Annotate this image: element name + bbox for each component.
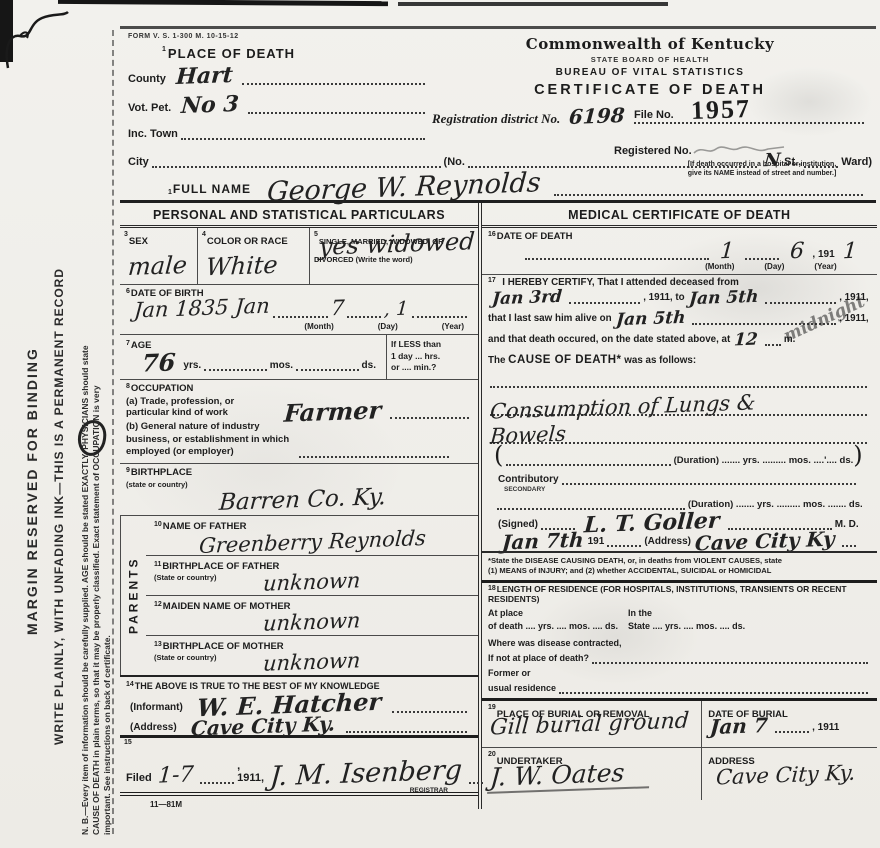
father-birthplace-value: unknown	[263, 571, 362, 593]
dotted-leader	[392, 698, 467, 713]
residence-duration-line: At place of death .... yrs. .... mos. ..…	[488, 607, 871, 634]
sex-label: 3SEX	[124, 236, 148, 247]
full-name-label: FULL NAME	[173, 182, 251, 196]
less-line1: If LESS than	[391, 339, 474, 350]
residence-label-text: LENGTH OF RESIDENCE	[497, 584, 598, 594]
in-state-line1: In the	[628, 607, 745, 621]
dod-year-value: 1	[842, 242, 857, 262]
father-name-label-text: NAME OF FATHER	[163, 521, 247, 532]
dotted-leader	[765, 331, 781, 346]
last-saw-line: that I last saw him alive on Jan 5th , 1…	[488, 310, 869, 325]
certify-block: 17 I HEREBY CERTIFY, That I attended dec…	[482, 275, 877, 346]
less-line2: 1 day ... hrs.	[391, 351, 474, 362]
field-number: 16	[488, 231, 497, 238]
dod-day-value: 6	[790, 242, 805, 262]
dotted-leader	[554, 181, 863, 196]
dob-day-value: 7	[330, 299, 345, 318]
city-ward-label: Ward)	[841, 156, 872, 168]
dotted-leader	[200, 769, 234, 784]
mother-birthplace-sublabel: (State or country)	[154, 653, 217, 662]
margin-nb-note-line2: CAUSE OF DEATH in plain terms, so that i…	[91, 55, 101, 835]
birthplace-row: 9BIRTHPLACE(state or country) Barren Co.…	[120, 464, 478, 515]
dotted-leader	[152, 153, 441, 168]
birthplace-value-line: Barren Co. Ky.	[120, 490, 478, 515]
votpet-value: No 3	[181, 95, 240, 117]
dob-year-value: , 1	[384, 301, 409, 319]
year-label: (Year)	[442, 322, 464, 331]
last-saw-date-value: Jan 5th	[615, 311, 685, 329]
undertaker-value: J. W. Oates	[487, 761, 651, 793]
state-board-subtitle: STATE BOARD OF HEALTH	[428, 55, 872, 64]
votpet-label: Vot. Pet.	[128, 102, 171, 114]
field-number: 10	[154, 521, 163, 528]
cause-strong: CAUSE OF DEATH*	[508, 354, 621, 366]
dotted-leader	[745, 245, 779, 260]
certify-intro-text: I HEREBY CERTIFY, That I attended deceas…	[502, 277, 739, 288]
scan-artifact-top-edge	[58, 0, 388, 6]
dotted-leader	[204, 356, 267, 371]
margin-nb-note-line1: N. B.—Every item of information should b…	[80, 55, 90, 835]
scan-artifact-top-edge-2	[398, 2, 668, 6]
city-label: City	[128, 156, 149, 168]
father-name-value: Greenberry Reynolds	[198, 529, 426, 556]
margin-write-plainly-text: WRITE PLAINLY, WITH UNFADING INK—THIS IS…	[52, 85, 66, 745]
file-number-stamp: 1957	[690, 94, 751, 126]
undertaker-address-cell: ADDRESS Cave City Ky.	[701, 748, 876, 800]
dotted-leader	[412, 303, 467, 318]
field-number: 14	[126, 681, 135, 688]
file-label: File No.	[634, 109, 674, 121]
mother-name-label-text: MAIDEN NAME OF MOTHER	[163, 601, 291, 612]
scanned-death-certificate: MARGIN RESERVED FOR BINDING WRITE PLAINL…	[0, 0, 880, 848]
field-number: 18	[488, 585, 497, 592]
filed-label: Filed	[126, 772, 152, 784]
informant-label: (Informant)	[130, 702, 183, 713]
less-line3: or .... min.?	[391, 362, 474, 373]
birthplace-sublabel: (state or country)	[126, 480, 188, 489]
personal-column: PERSONAL AND STATISTICAL PARTICULARS 3SE…	[120, 203, 482, 809]
signed-address-label: (Address)	[644, 536, 691, 547]
dotted-leader	[592, 649, 868, 664]
dotted-leader	[299, 443, 449, 458]
dob-value: Jan 1835 Jan	[133, 297, 270, 321]
city-no-label: (No.	[444, 156, 465, 168]
duration-1-text: (Duration) ....... yrs. ......... mos. .…	[674, 455, 854, 466]
cause-post: was as follows:	[624, 355, 696, 366]
contracted-line2: If not at place of death?	[488, 652, 589, 664]
burial-date-line: Jan 7 , 1911	[706, 717, 839, 733]
dod-label: 16DATE OF DEATH	[482, 228, 877, 242]
race-label: 4COLOR OR RACE	[202, 236, 288, 247]
in-state-line2: State .... yrs. .... mos. .... ds.	[628, 620, 745, 634]
close-paren: )	[853, 446, 862, 465]
informant-address-line: (Address) Cave City Ky.	[120, 715, 478, 735]
undertaker-address-value: Cave City Ky.	[716, 763, 857, 787]
occupation-label-text: OCCUPATION	[131, 383, 193, 394]
day-label: (Day)	[764, 262, 784, 271]
sex-race-marital-row: 3SEX male 4COLOR OR RACE White 5SINGLE, …	[120, 228, 478, 285]
less-than-one-day-box: If LESS than 1 day ... hrs. or .... min.…	[386, 335, 478, 379]
mos-label: mos.	[270, 360, 293, 371]
dob-sublabels: (Month) (Day) (Year)	[120, 322, 478, 334]
informant-address-value: Cave City Ky.	[190, 715, 335, 738]
field-number: 17	[488, 277, 497, 284]
footnote-line1: *State the DISEASE CAUSING DEATH, or, in…	[488, 556, 871, 566]
dotted-leader	[497, 495, 685, 510]
open-paren: (	[494, 446, 503, 465]
dotted-leader	[181, 125, 425, 140]
mother-name-value: unknown	[263, 611, 362, 633]
dotted-leader	[242, 70, 425, 85]
dod-value-line: 1 6 , 191 1	[482, 242, 877, 262]
occupation-value: Farmer	[283, 399, 382, 424]
at-place-cell: At place of death .... yrs. .... mos. ..…	[488, 607, 618, 634]
undertaker-row: 20UNDERTAKER J. W. Oates ADDRESS Cave Ci…	[482, 748, 877, 800]
race-value: White	[205, 255, 278, 279]
disease-contracted-line: Where was disease contracted, If not at …	[488, 637, 871, 664]
md-label: M. D.	[835, 519, 859, 530]
date-of-death-row: 16DATE OF DEATH 1 6 , 191 1 (Month) (Day…	[482, 228, 877, 275]
at-place-line2: of death .... yrs. .... mos. .... ds.	[488, 620, 618, 634]
mother-name-label: 12MAIDEN NAME OF MOTHER	[148, 598, 295, 612]
occupation-a-line: (a) Trade, profession, or particular kin…	[120, 396, 478, 422]
occupation-label: 8OCCUPATION	[120, 380, 478, 395]
residence-label: 18LENGTH OF RESIDENCE (FOR HOSPITALS, IN…	[488, 585, 871, 605]
mother-birthplace-row: 13BIRTHPLACE OF MOTHER(State or country)…	[146, 636, 478, 675]
occupation-b-label: (b) General nature of industry business,…	[126, 421, 296, 458]
burial-date-value: Jan 7	[710, 716, 769, 736]
margin-nb-note-line3: important. See instructions on back of c…	[102, 55, 112, 835]
pen-mark-icon	[2, 6, 92, 76]
occupation-b-line: (b) General nature of industry business,…	[120, 421, 478, 463]
marital-value: yes widowed	[317, 231, 476, 281]
dod-label-text: DATE OF DEATH	[497, 231, 573, 242]
last-saw-text: that I last saw him alive on	[488, 313, 612, 325]
at-place-line1: At place	[488, 607, 618, 621]
attended-to-value: Jan 5th	[688, 290, 758, 308]
regdist-value: 6198	[569, 106, 626, 126]
place-of-death-label: PLACE OF DEATH	[168, 46, 295, 61]
inctown-label: Inc. Town	[128, 128, 178, 140]
date-of-burial-cell: DATE OF BURIAL Jan 7 , 1911	[701, 701, 876, 747]
bureau-subtitle: BUREAU OF VITAL STATISTICS	[428, 67, 872, 78]
signed-address-value: Cave City Ky	[694, 530, 835, 553]
age-row: 7AGE 76 yrs. mos. ds. If LESS than 1 day…	[120, 335, 478, 380]
form-header: FORM V. S. 1-300 M. 10-15-12 1PLACE OF D…	[120, 29, 876, 151]
contributory-line: Contributory	[490, 468, 867, 485]
contracted-line1: Where was disease contracted,	[488, 637, 871, 649]
cause-footnote: *State the DISEASE CAUSING DEATH, or, in…	[482, 551, 877, 583]
dod-year-print: , 191	[812, 249, 834, 260]
race-label-text: COLOR OR RACE	[207, 236, 288, 247]
cause-of-death-area: Consumption of Lungs & Bowels ( (Duratio…	[482, 368, 877, 551]
dotted-leader	[390, 404, 469, 419]
dotted-leader	[569, 289, 640, 304]
in-state-cell: In the State .... yrs. .... mos. .... ds…	[628, 607, 745, 634]
commonwealth-title: Commonwealth of Kentucky	[428, 35, 872, 53]
dotted-leader	[506, 451, 670, 466]
occupation-row: 8OCCUPATION (a) Trade, profession, or pa…	[120, 380, 478, 464]
sex-label-text: SEX	[129, 236, 148, 247]
parents-rows: 10NAME OF FATHER Greenberry Reynolds 11B…	[146, 516, 478, 675]
former-residence-line: Former or usual residence	[488, 667, 871, 694]
field-number: 12	[154, 601, 163, 608]
field-number: 19	[488, 704, 497, 711]
birthplace-label-text: BIRTHPLACE	[131, 467, 192, 478]
father-birthplace-label-text: BIRTHPLACE OF FATHER	[162, 561, 279, 572]
form-number: FORM V. S. 1-300 M. 10-15-12	[128, 33, 428, 40]
city-value: N	[763, 153, 781, 170]
hospital-note: [If death occurred in a hospital or inst…	[682, 161, 842, 179]
place-of-burial-cell: 19PLACE OF BURIAL OR REMOVAL Gill burial…	[482, 701, 701, 747]
dotted-leader	[562, 470, 856, 485]
dotted-leader	[296, 356, 359, 371]
cause-value-2: Bowels	[489, 425, 566, 447]
print-code: 11—81M	[120, 796, 478, 809]
dotted-leader	[248, 99, 425, 114]
dotted-leader	[765, 289, 836, 304]
registered-number-field: Registered No.	[614, 141, 864, 157]
footnote-line2: (1) MEANS of INJURY; and (2) whether ACC…	[488, 566, 871, 576]
father-birthplace-sublabel: (State or country)	[154, 573, 217, 582]
cause-value-line1: Consumption of Lungs &	[490, 388, 867, 416]
yrs-label: yrs.	[183, 360, 201, 371]
former-line1: Former or	[488, 667, 871, 679]
contributory-label: Contributory	[498, 474, 559, 485]
attended-sep1: , 1911, to	[643, 292, 684, 304]
form-left-dashed-border	[112, 30, 114, 834]
sex-value: male	[127, 255, 187, 279]
day-label: (Day)	[378, 322, 398, 331]
regdist-label: Registration district No.	[432, 111, 560, 126]
burial-place-value: Gill burial ground	[489, 711, 689, 738]
informant-address-label: (Address)	[130, 722, 177, 733]
filed-date-value: 1-7	[157, 766, 194, 787]
cause-of-death-heading: The CAUSE OF DEATH* was as follows:	[482, 352, 877, 368]
signed-date-value: Jan 7th	[501, 531, 584, 552]
dod-month-value: 1	[720, 242, 735, 262]
dotted-leader	[469, 769, 483, 784]
cause-pre: The	[488, 355, 505, 366]
mother-name-row: 12MAIDEN NAME OF MOTHER unknown	[146, 596, 478, 636]
attestation-block: 14THE ABOVE IS TRUE TO THE BEST OF MY KN…	[120, 677, 478, 738]
dotted-leader	[346, 718, 467, 733]
filed-row: 15 Filed 1-7 , 1911, J. M. Isenberg REGI…	[120, 738, 478, 796]
field-number: 15	[124, 739, 132, 746]
father-name-label: 10NAME OF FATHER	[148, 518, 251, 532]
death-hour-value: 12	[734, 333, 759, 349]
dotted-leader	[347, 303, 381, 318]
dotted-leader	[842, 532, 856, 547]
dotted-line	[490, 370, 867, 388]
informant-line: (Informant) W. E. Hatcher	[120, 692, 478, 716]
date-of-birth-row: 6DATE OF BIRTH Jan 1835 Jan 7 , 1 (Month…	[120, 285, 478, 335]
file-number-field: File No. 1957	[634, 95, 864, 124]
age-value: 76	[141, 351, 176, 374]
county-label: County	[128, 73, 166, 85]
secondary-label: SECONDARY	[490, 485, 867, 493]
burial-row: 19PLACE OF BURIAL OR REMOVAL Gill burial…	[482, 701, 877, 748]
age-units-line: 76 yrs. mos. ds.	[126, 352, 380, 374]
dotted-leader	[775, 718, 809, 733]
place-of-death-title: 1PLACE OF DEATH	[162, 46, 428, 61]
registered-label: Registered No.	[614, 145, 692, 157]
year-label: (Year)	[814, 262, 836, 271]
race-cell: 4COLOR OR RACE White	[198, 228, 310, 284]
certificate-form: FORM V. S. 1-300 M. 10-15-12 1PLACE OF D…	[120, 26, 876, 809]
dob-value-line: Jan 1835 Jan 7 , 1	[120, 299, 478, 322]
field-number: 20	[488, 751, 497, 758]
duration-line-1: ( (Duration) ....... yrs. ......... mos.…	[490, 444, 867, 467]
father-name-row: 10NAME OF FATHER Greenberry Reynolds	[146, 516, 478, 556]
dotted-leader	[525, 245, 709, 260]
former-line2: usual residence	[488, 682, 556, 694]
undertaker-cell: 20UNDERTAKER J. W. Oates	[482, 748, 701, 800]
registrar-signature: J. M. Isenberg	[269, 759, 463, 790]
occupation-a-label: (a) Trade, profession, or particular kin…	[126, 396, 276, 420]
birthplace-value: Barren Co. Ky.	[218, 487, 386, 514]
voting-precinct-field: Vot. Pet. No 3	[128, 96, 428, 114]
parents-vertical-label: PARENTS	[120, 516, 146, 675]
field-number: 13	[154, 641, 163, 648]
registrar-label: REGISTRAR	[410, 787, 448, 794]
county-field: County Hart	[128, 67, 428, 85]
place-of-death-block: FORM V. S. 1-300 M. 10-15-12 1PLACE OF D…	[128, 33, 428, 151]
month-label: (Month)	[304, 322, 333, 331]
dotted-leader	[559, 679, 868, 694]
filed-year: , 1911,	[237, 760, 264, 784]
attended-from-value: Jan 3rd	[491, 290, 562, 308]
father-birthplace-row: 11BIRTHPLACE OF FATHER(State or country)…	[146, 556, 478, 596]
inc-town-field: Inc. Town	[128, 125, 428, 140]
length-of-residence-block: 18LENGTH OF RESIDENCE (FOR HOSPITALS, IN…	[482, 583, 877, 701]
margin-binding-text: MARGIN RESERVED FOR BINDING	[24, 165, 40, 635]
full-name-value: George W. Reynolds	[266, 171, 541, 205]
parents-block: PARENTS 10NAME OF FATHER Greenberry Reyn…	[120, 516, 478, 677]
title-block: Commonwealth of Kentucky STATE BOARD OF …	[428, 33, 872, 151]
death-occurred-text: and that death occured, on the date stat…	[488, 334, 730, 346]
sex-cell: 3SEX male	[120, 228, 198, 284]
medical-column: MEDICAL CERTIFICATE OF DEATH 16DATE OF D…	[482, 203, 877, 809]
dotted-leader	[273, 303, 328, 318]
age-main: 7AGE 76 yrs. mos. ds.	[120, 335, 386, 379]
signed-date-line: Jan 7th 191 (Address) Cave City Ky	[490, 532, 867, 551]
county-value: Hart	[175, 66, 233, 88]
mother-birthplace-label-text: BIRTHPLACE OF MOTHER	[163, 641, 284, 652]
mother-birthplace-value: unknown	[263, 651, 362, 673]
marital-cell: 5SINGLE, MARRIED, WIDOWED, OR DIVORCED (…	[310, 228, 478, 284]
form-columns: PERSONAL AND STATISTICAL PARTICULARS 3SE…	[120, 203, 876, 809]
burial-date-year: , 1911	[812, 722, 839, 733]
ds-label: ds.	[362, 360, 376, 371]
medical-column-title: MEDICAL CERTIFICATE OF DEATH	[482, 203, 877, 228]
certify-attended-line: Jan 3rd , 1911, to Jan 5th , 1911,	[488, 289, 869, 304]
dod-sublabels: (Month) (Day) (Year)	[482, 262, 877, 274]
